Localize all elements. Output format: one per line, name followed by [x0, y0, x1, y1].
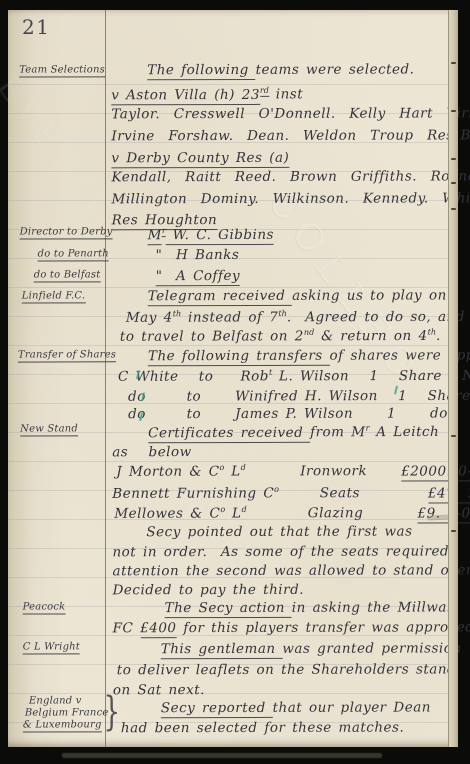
ink-segment: rd [260, 85, 269, 97]
margin-label: do to Penarth [38, 248, 109, 261]
ink-segment: £2000. 0-0 [401, 463, 470, 481]
ink-segment: in asking the Millwall [292, 599, 457, 615]
page-stack-edge [448, 10, 458, 747]
handwriting-line: had been selected for these matches. [121, 720, 404, 737]
ink-segment: attention the second was allowed to stan… [112, 562, 470, 579]
ink-segment: Telegram received [148, 288, 292, 306]
handwriting-line: do to James P. Wilson 1 do 2102. [128, 405, 470, 422]
ink-segment: on Sat next. [113, 682, 205, 698]
handwriting-line: Telegram received asking us to play on [148, 287, 447, 304]
handwriting-line: Decided to pay the third. [113, 582, 304, 599]
ink-segment: teams were selected. [256, 62, 415, 78]
ink-segment: Seats [279, 485, 428, 501]
margin-label: do to Belfast [34, 269, 101, 282]
ink-segment: Certificates received [148, 424, 310, 442]
page-edge-mark [451, 62, 456, 64]
ink-segment: C White to Rob [118, 368, 269, 384]
handwriting-line: C White to Robt L. Wilson 1 Share No 210… [118, 366, 470, 385]
ink-segment: instead of 7 [181, 309, 278, 325]
margin-label: & Luxembourg [23, 719, 102, 732]
handwriting-line: not in order. As some of the seats requi… [112, 543, 449, 560]
ink-segment: from M [310, 424, 366, 440]
margin-label: England v [29, 695, 82, 706]
ink-segment: " H Banks [156, 247, 240, 263]
scanned-minute-book: COLLEC RITABL EVERTO 21 The following te… [0, 0, 470, 764]
handwriting-line: The following transfers of shares were a… [148, 347, 470, 364]
ink-segment: M [148, 227, 162, 245]
ink-segment: do to Winifred H. Wilson 1 Share N [128, 388, 470, 405]
handwriting-line: The Secy action in asking the Millwall [165, 599, 457, 616]
ink-segment: v Derby County Res (a) [111, 150, 289, 168]
ink-segment: J Morton & C [116, 464, 219, 480]
ledger-page: COLLEC RITABL EVERTO 21 The following te… [8, 10, 458, 747]
ink-segment: L. Wilson 1 Share N [272, 368, 470, 385]
page-edge-mark [451, 158, 456, 160]
book-bottom-edge [62, 753, 382, 758]
handwriting-line: Bennett Furnishing Co Seats £47. 12-0 [112, 483, 470, 502]
margin-label: New Stand [20, 423, 78, 436]
ink-segment: The following transfers [148, 348, 330, 366]
margin-label: C L Wright [23, 641, 80, 654]
ink-segment: . Agreed to do so, and [287, 309, 465, 325]
margin-label: Peacock [23, 601, 66, 614]
ink-segment: that our player Dean [273, 699, 431, 715]
ink-segment: Taylor. Cresswell O'Donnell. Kelly Hart … [111, 105, 470, 122]
page-edge-mark [451, 182, 456, 184]
ink-segment: had been selected for these matches. [121, 720, 404, 737]
handwriting-line: Irvine Forshaw. Dean. Weldon Troup Res B… [111, 127, 470, 144]
ink-segment: Bennett Furnishing C [112, 485, 274, 501]
margin-label: Transfer of Shares [18, 349, 116, 362]
handwriting-line: do to Winifred H. Wilson 1 Share No 2103… [128, 386, 470, 405]
handwriting-line: attention the second was allowed to stan… [112, 562, 470, 579]
handwriting-line: to travel to Belfast on 2nd & return on … [120, 326, 441, 344]
handwriting-line: Secy reported that our player Dean [161, 699, 431, 716]
ink-segment: W. C. Gibbins [166, 226, 274, 244]
handwriting-line: This gentleman was granted permission [161, 640, 462, 657]
margin-brace: } [103, 689, 120, 735]
handwriting-line: Secy pointed out that the first was [146, 524, 412, 541]
page-edge-mark [451, 435, 456, 437]
ink-segment: Secy pointed out that the first was [146, 524, 412, 541]
ink-segment: th [428, 326, 436, 336]
handwriting-line: The following teams were selected. [147, 62, 414, 79]
handwriting-line: Kendall, Raitt Reed. Brown Griffiths. Ro… [111, 168, 470, 185]
ink-segment: Irvine Forshaw. Dean. Weldon Troup Res B… [111, 127, 470, 144]
ink-segment: Glazing [247, 505, 418, 521]
handwriting-line: as below [112, 444, 192, 460]
ink-segment: Secy reported [161, 700, 273, 718]
ink-segment: The Secy action [165, 600, 292, 618]
handwriting-line: Mr W. C. Gibbins [148, 225, 274, 243]
ink-segment: This gentleman [161, 641, 283, 659]
ink-segment: for this players transfer was approved [176, 619, 470, 636]
ink-segment: & return on 4 [314, 328, 427, 344]
handwriting-line: J Morton & Co Ld Ironwork £2000. 0-0 [116, 461, 470, 479]
page-edge-mark [451, 530, 456, 532]
ink-segment: was granted permission [282, 640, 461, 656]
handwriting-line: Millington Dominy. Wilkinson. Kennedy. W… [112, 190, 470, 207]
ink-segment: The following [147, 62, 255, 80]
handwriting-line: v Derby County Res (a) [111, 150, 289, 166]
handwriting-line: FC £400 for this players transfer was ap… [113, 619, 470, 636]
handwriting-line: on Sat next. [113, 682, 205, 698]
ink-segment: L [225, 505, 241, 521]
ink-segment: " A Coffey [156, 268, 240, 286]
handwriting-line: " A Coffey [156, 268, 240, 284]
page-edge-mark [451, 208, 456, 210]
page-edge-mark [451, 110, 456, 112]
ink-segment: to travel to Belfast on 2 [120, 328, 304, 344]
ink-segment: . [436, 328, 441, 344]
ink-segment: £400 [140, 620, 176, 638]
handwriting-line: to deliver leaflets on the Shareholders … [117, 661, 456, 678]
ink-segment: A Leitch [369, 424, 439, 440]
handwriting-line: v Aston Villa (h) 23rd inst [111, 85, 303, 103]
handwriting-line: Certificates received from Mr A Leitch [148, 422, 439, 440]
handwriting-line: May 4th instead of 7th. Agreed to do so,… [126, 307, 465, 325]
ink-segment: FC [113, 620, 141, 636]
handwriting-line: " H Banks [156, 247, 240, 263]
ink-segment: v Aston Villa (h) 23 [111, 86, 260, 104]
ink-segment: Decided to pay the third. [113, 582, 304, 599]
ink-segment: Mellowes & C [114, 506, 220, 522]
ink-segment: th [278, 308, 286, 318]
ink-segment: not in order. As some of the seats requi… [112, 543, 449, 560]
handwriting-line: Mellowes & Co Ld Glazing £9. 0-0 [114, 503, 470, 521]
ink-segment: Millington Dominy. Wilkinson. Kennedy. W… [112, 190, 470, 207]
handwriting-layer: The following teams were selected.v Asto… [7, 9, 459, 747]
handwriting-line: Taylor. Cresswell O'Donnell. Kelly Hart … [111, 105, 470, 122]
margin-label: Team Selections [19, 64, 105, 77]
ink-segment: to deliver leaflets on the Shareholders … [117, 661, 456, 678]
ink-segment: Kendall, Raitt Reed. Brown Griffiths. Ro… [111, 168, 470, 185]
ink-segment: nd [304, 327, 314, 337]
ink-segment: do to James P. Wilson 1 do 2102. [128, 405, 470, 422]
margin-label: Belgium France [25, 707, 109, 718]
ink-segment: asking us to play on [292, 287, 447, 303]
ink-segment: inst [269, 86, 303, 102]
ink-segment: as below [112, 444, 192, 460]
ink-segment: May 4 [126, 310, 173, 326]
ink-segment: L [224, 463, 240, 479]
margin-label: Linfield F.C. [22, 290, 86, 303]
margin-label: Director to Derby [20, 226, 113, 239]
ink-segment: Ironwork [246, 463, 401, 479]
